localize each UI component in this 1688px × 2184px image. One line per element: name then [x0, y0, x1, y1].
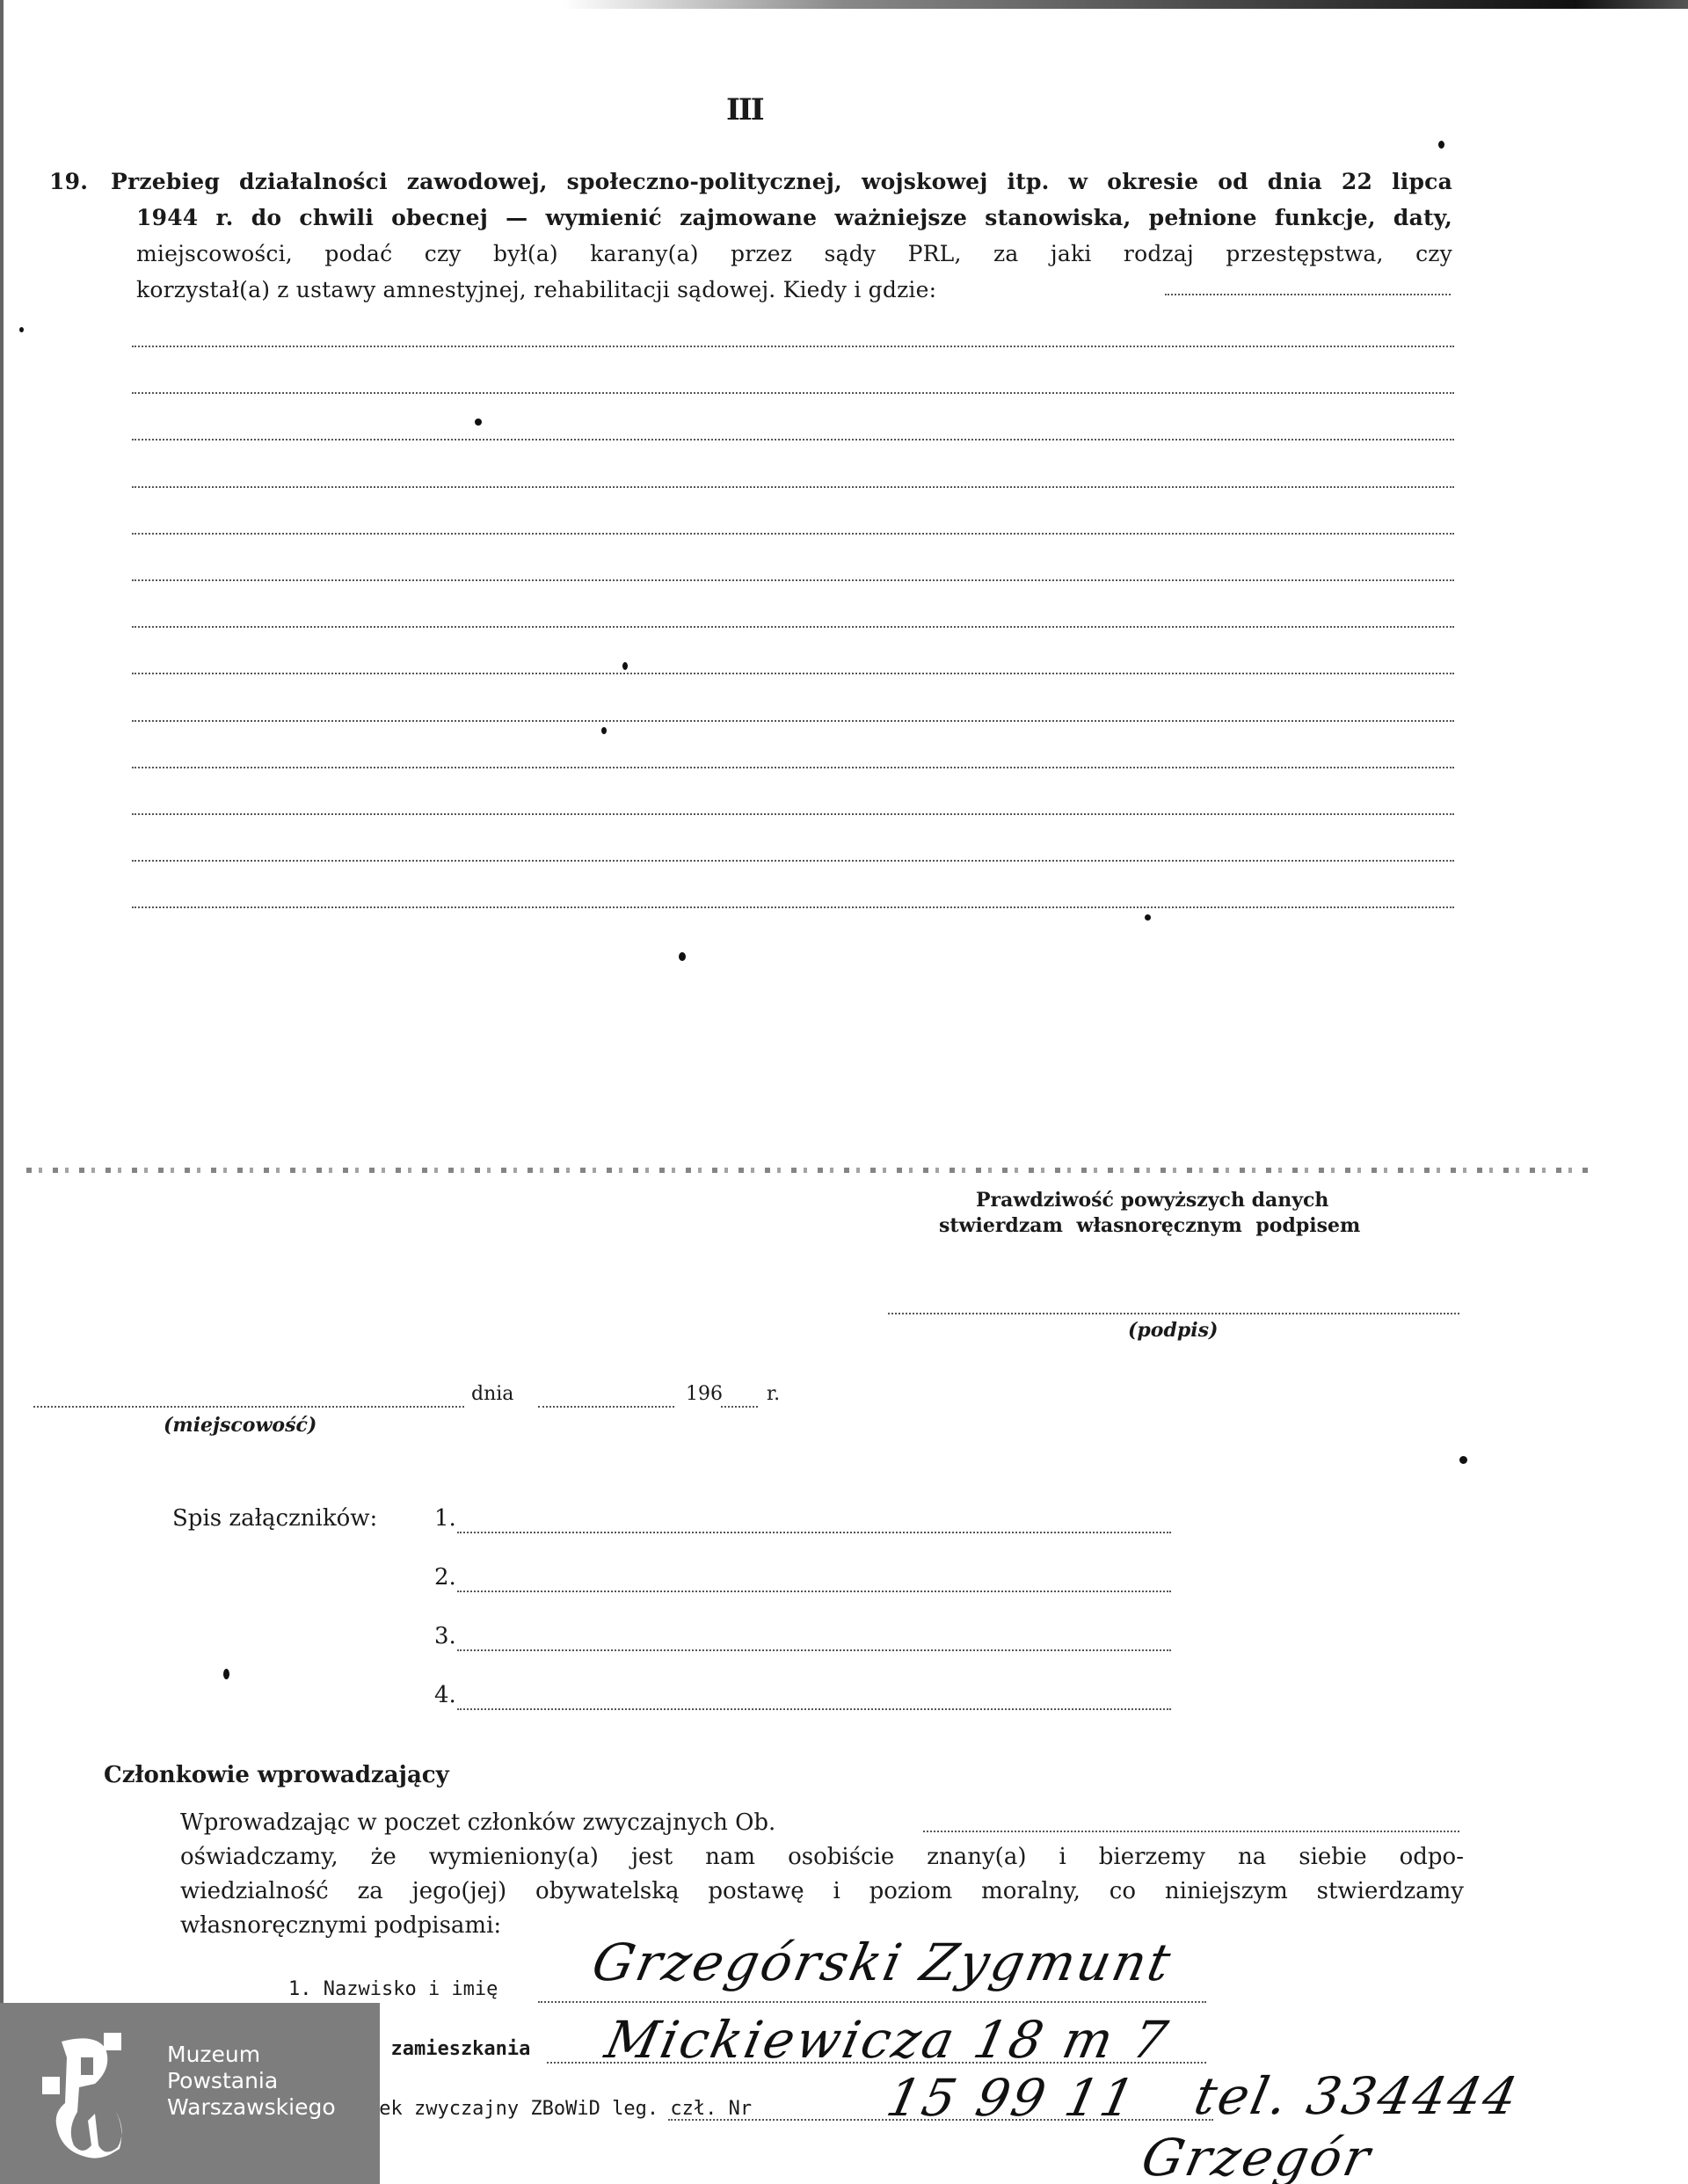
scan-speck	[1438, 141, 1444, 149]
attachment-field[interactable]	[457, 1708, 1171, 1710]
introducing-heading: Członkowie wprowadzający	[104, 1762, 449, 1788]
place-label: (miejscowość)	[164, 1414, 316, 1437]
answer-line[interactable]	[132, 486, 1454, 488]
museum-watermark: Muzeum Powstania Warszawskiego	[0, 2003, 380, 2184]
intro-paragraph-line-3: wiedzialność za jego(jej) obywatelską po…	[180, 1878, 1464, 1904]
intro-paragraph-line-4: własnoręcznymi podpisami:	[180, 1912, 501, 1939]
question-line-1: Przebieg działalności zawodowej, społecz…	[111, 164, 1452, 200]
place-field[interactable]	[33, 1406, 464, 1408]
member-label: Członek zwyczajny ZBoWiD leg. czł. Nr	[321, 2098, 752, 2120]
scan-speck	[1459, 1456, 1467, 1464]
answer-line[interactable]	[132, 673, 1454, 674]
answer-line[interactable]	[132, 533, 1454, 535]
answer-line[interactable]	[132, 813, 1454, 815]
intro-paragraph-line-2: oświadczamy, że wymieniony(a) jest nam o…	[180, 1844, 1464, 1870]
answer-line[interactable]	[132, 392, 1454, 394]
scan-speck	[622, 662, 628, 670]
attestation-line-1: Prawdziwość powyższych danych	[976, 1189, 1328, 1212]
scan-speck	[1145, 914, 1151, 921]
name-label: 1. Nazwisko i imię	[288, 1978, 498, 2000]
attestation-line-2: stwierdzam własnoręcznym podpisem	[939, 1214, 1360, 1237]
date-day-field[interactable]	[538, 1406, 674, 1408]
question-line-3: miejscowości, podać czy był(a) karany(a)…	[136, 236, 1452, 272]
date-day-label: dnia	[471, 1383, 513, 1405]
answer-line[interactable]	[132, 767, 1454, 768]
museum-name-line-2: Powstania	[167, 2068, 336, 2094]
date-year-field[interactable]	[721, 1406, 758, 1408]
answer-line[interactable]	[132, 579, 1454, 581]
handwritten-member-number: 15 99 11	[882, 2068, 1143, 2128]
answer-line[interactable]	[132, 906, 1454, 908]
kotwica-anchor-icon	[42, 2033, 174, 2165]
attachment-number: 3.	[434, 1623, 456, 1649]
attachment-number: 1.	[434, 1505, 456, 1532]
attachments-label: Spis załączników:	[172, 1505, 377, 1532]
intro-paragraph-line-1: Wprowadzając w poczet członków zwyczajny…	[180, 1809, 775, 1836]
museum-name-line-3: Warszawskiego	[167, 2094, 336, 2121]
signature-label: (podpis)	[1128, 1319, 1218, 1342]
answer-line[interactable]	[132, 720, 1454, 722]
scan-speck	[223, 1669, 229, 1679]
handwritten-signature: Grzegór	[1137, 2128, 1378, 2184]
attachment-field[interactable]	[457, 1649, 1171, 1651]
answer-field-inline[interactable]	[1165, 294, 1451, 295]
candidate-name-field[interactable]	[923, 1831, 1459, 1832]
attachment-number: 4.	[434, 1682, 456, 1708]
attachment-field[interactable]	[457, 1532, 1171, 1533]
answer-line[interactable]	[132, 860, 1454, 862]
scan-edge-shadow	[563, 0, 1688, 9]
scan-left-edge	[0, 0, 4, 2184]
section-marker: III	[726, 92, 763, 127]
question-line-4: korzystał(a) z ustawy amnestyjnej, rehab…	[136, 272, 936, 308]
question-line-2-text: 1944 r. do chwili obecnej — wymienić zaj…	[136, 205, 1452, 230]
answer-line[interactable]	[132, 439, 1454, 440]
answer-line[interactable]	[132, 626, 1454, 628]
signature-field[interactable]	[888, 1313, 1459, 1314]
handwritten-name: Grzegórski Zygmunt	[587, 1933, 1178, 1992]
answer-line[interactable]	[132, 346, 1454, 347]
date-year-suffix: r.	[767, 1383, 780, 1405]
date-year-prefix: 196	[686, 1383, 723, 1405]
handwritten-phone: tel. 334444	[1190, 2066, 1525, 2126]
scan-speck	[475, 419, 482, 426]
question-line-2: 1944 r. do chwili obecnej — wymienić zaj…	[136, 200, 1452, 236]
attachment-field[interactable]	[457, 1591, 1171, 1592]
name-field[interactable]	[538, 2001, 1206, 2003]
attachment-number: 2.	[434, 1564, 456, 1591]
scan-speck	[19, 327, 24, 332]
scan-speck	[679, 952, 686, 961]
museum-name: Muzeum Powstania Warszawskiego	[167, 2042, 336, 2121]
museum-name-line-1: Muzeum	[167, 2042, 336, 2068]
question-number: 19.	[49, 164, 88, 200]
page-fold-line	[26, 1168, 1591, 1173]
handwritten-address: Mickiewicza 18 m 7	[600, 2010, 1175, 2070]
scan-speck	[601, 727, 607, 734]
